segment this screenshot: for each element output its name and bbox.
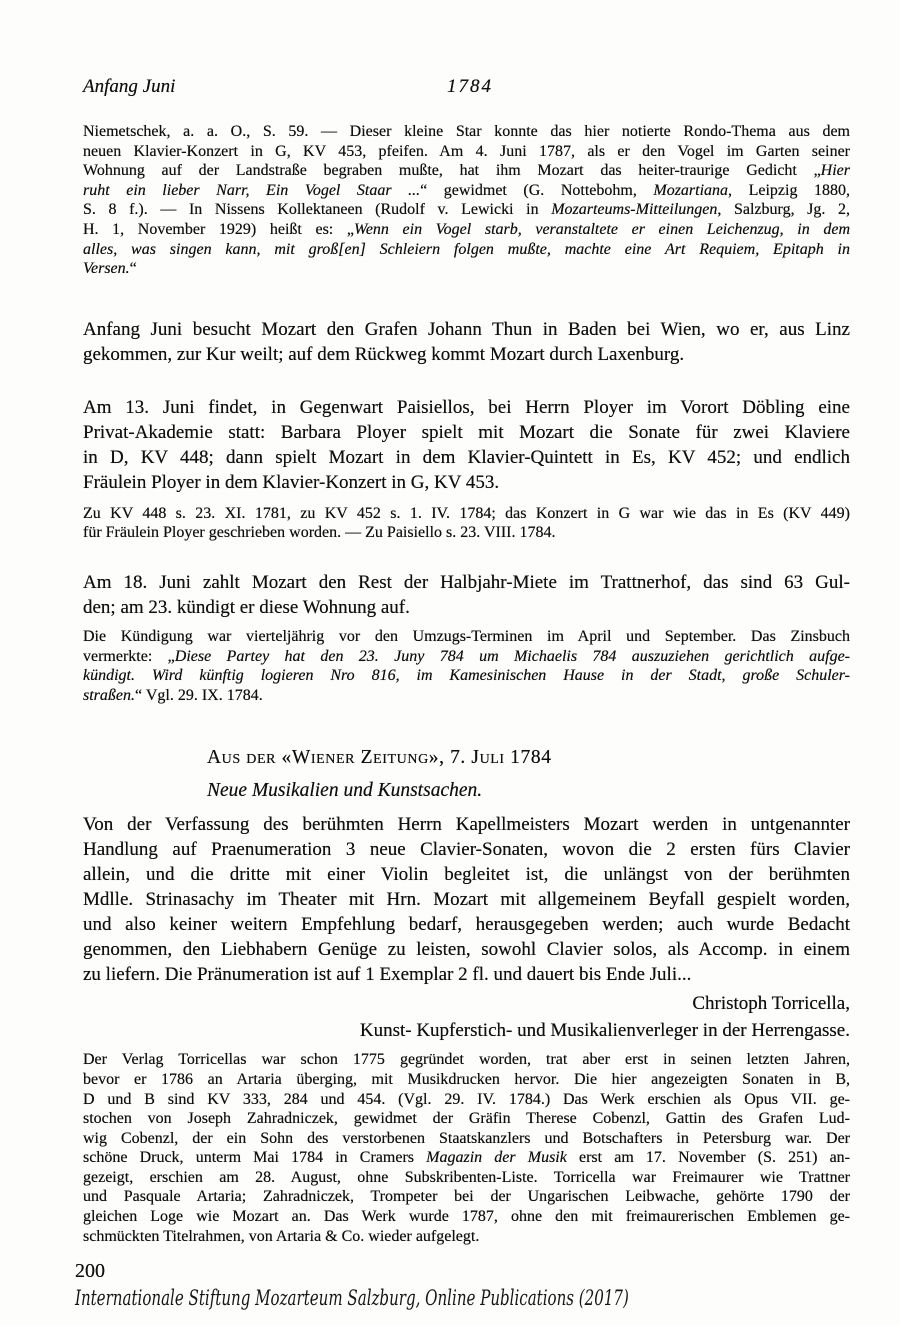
text-line: D und B sind KV 333, 284 und 454. (Vgl. … — [83, 1090, 850, 1110]
text-line: bevor er 1786 an Artaria überging, mit M… — [83, 1070, 850, 1090]
text-line: und also keiner weitern Empfehlung bedar… — [83, 912, 850, 937]
text-run: den; am 23. kündigt er diese Wohnung auf… — [83, 597, 410, 618]
text-line: Der Verlag Torricellas war schon 1775 ge… — [83, 1050, 850, 1070]
text-line: gekommen, zur Kur weilt; auf dem Rückweg… — [83, 342, 850, 367]
text-line: schmückten Titelrahmen, von Artaria & Co… — [83, 1227, 850, 1247]
text-line: Privat-Akademie statt: Barbara Ployer sp… — [83, 420, 850, 445]
text-run: “ — [130, 260, 137, 277]
text-run: , Leipzig 1880, — [728, 182, 850, 199]
text-run: gekommen, zur Kur weilt; auf dem Rückweg… — [83, 344, 684, 365]
document-page: Anfang Juni 1784 Niemetschek, a. a. O., … — [0, 0, 900, 1326]
text-run: schmückten Titelrahmen, von Artaria & Co… — [83, 1228, 479, 1245]
text-run: Privat-Akademie statt: Barbara Ployer sp… — [83, 422, 850, 443]
text-run: vermerkte: „ — [83, 648, 175, 665]
signature-name: Christoph Torricella, — [83, 991, 850, 1016]
running-header-year: 1784 — [447, 76, 493, 98]
text-run: Die Kündigung war vierteljährig vor den … — [83, 628, 850, 645]
text-line: Die Kündigung war vierteljährig vor den … — [83, 627, 850, 647]
entry-anfang-juni: Anfang Juni besucht Mozart den Grafen Jo… — [83, 317, 850, 367]
text-line: schöne Druck, unterm Mai 1784 in Cramers… — [83, 1148, 850, 1168]
text-line: genommen, den Liebhabern Genüge zu leist… — [83, 937, 850, 962]
text-line: allein, und die dritte mit einer Violin … — [83, 862, 850, 887]
text-run: schöne Druck, unterm Mai 1784 in Cramers — [83, 1149, 426, 1166]
text-run: für Fräulein Ployer geschrieben worden. … — [83, 524, 556, 541]
text-line: Wohnung auf der Landstraße begraben mußt… — [83, 161, 850, 181]
text-run: gezeigt, erschien am 28. August, ohne Su… — [83, 1169, 850, 1186]
running-header-title: Anfang Juni — [83, 76, 175, 97]
text-run: zu liefern. Die Pränumeration ist auf 1 … — [83, 964, 691, 985]
italic-text-run: ruht ein lieber Narr, Ein Vogel Staar ..… — [83, 182, 420, 199]
text-line: Zu KV 448 s. 23. XI. 1781, zu KV 452 s. … — [83, 504, 850, 524]
text-line: wig Cobenzl, der ein Sohn des verstorben… — [83, 1129, 850, 1149]
text-run: Der Verlag Torricellas war schon 1775 ge… — [83, 1051, 850, 1068]
note-kuendigung: Die Kündigung war vierteljährig vor den … — [83, 627, 850, 705]
text-line: ruht ein lieber Narr, Ein Vogel Staar ..… — [83, 181, 850, 201]
text-line: Handlung auf Praenumeration 3 neue Clavi… — [83, 837, 850, 862]
text-line: Am 13. Juni findet, in Gegenwart Paisiel… — [83, 395, 850, 420]
italic-text-run: kündigt. Wird künftig logieren Nro 816, … — [83, 667, 850, 684]
text-line: vermerkte: „Diese Partey hat den 23. Jun… — [83, 647, 850, 667]
italic-text-run: Diese Partey hat den 23. Juny 784 um Mic… — [175, 648, 850, 665]
running-header: Anfang Juni 1784 — [83, 76, 850, 100]
italic-text-run: Hier — [821, 162, 850, 179]
text-run: genommen, den Liebhabern Genüge zu leist… — [83, 939, 850, 960]
italic-text-run: alles, was singen kann, mit groß[en] Sch… — [83, 241, 850, 258]
note-torricella: Der Verlag Torricellas war schon 1775 ge… — [83, 1050, 850, 1246]
text-line: Am 18. Juni zahlt Mozart den Rest der Ha… — [83, 570, 850, 595]
text-run: wig Cobenzl, der ein Sohn des verstorben… — [83, 1130, 850, 1147]
text-line: Niemetschek, a. a. O., S. 59. — Dieser k… — [83, 122, 850, 142]
text-line: kündigt. Wird künftig logieren Nro 816, … — [83, 666, 850, 686]
note-niemetschek: Niemetschek, a. a. O., S. 59. — Dieser k… — [83, 122, 850, 279]
text-line: neuen Klavier-Konzert in G, KV 453, pfei… — [83, 142, 850, 162]
entry-18-juni: Am 18. Juni zahlt Mozart den Rest der Ha… — [83, 570, 850, 620]
text-run: in D, KV 448; dann spielt Mozart in dem … — [83, 447, 850, 468]
text-line: gleichen Loge wie Mozart an. Das Werk wu… — [83, 1207, 850, 1227]
text-run: Mdlle. Strinasachy im Theater mit Hrn. M… — [83, 889, 850, 910]
text-run: D und B sind KV 333, 284 und 454. (Vgl. … — [83, 1091, 850, 1108]
text-line: in D, KV 448; dann spielt Mozart in dem … — [83, 445, 850, 470]
text-run: bevor er 1786 an Artaria überging, mit M… — [83, 1071, 850, 1088]
text-line: straßen.“ Vgl. 29. IX. 1784. — [83, 686, 850, 706]
text-run: “ Vgl. 29. IX. 1784. — [135, 687, 263, 704]
entry-13-juni: Am 13. Juni findet, in Gegenwart Paisiel… — [83, 395, 850, 495]
entry-wiener-zeitung-text: Von der Verfassung des berühmten Herrn K… — [83, 812, 850, 987]
text-run: neuen Klavier-Konzert in G, KV 453, pfei… — [83, 143, 850, 160]
text-line: gezeigt, erschien am 28. August, ohne Su… — [83, 1168, 850, 1188]
text-line: S. 8 f.). — In Nissens Kollektaneen (Rud… — [83, 200, 850, 220]
text-run: erst am 17. November (S. 251) an- — [567, 1149, 850, 1166]
italic-text-run: straßen. — [83, 687, 135, 704]
section-heading: Aus der «Wiener Zeitung», 7. Juli 1784 — [83, 746, 900, 770]
text-line: H. 1, November 1929) heißt es: „Wenn ein… — [83, 220, 850, 240]
text-line: Mdlle. Strinasachy im Theater mit Hrn. M… — [83, 887, 850, 912]
text-run: Zu KV 448 s. 23. XI. 1781, zu KV 452 s. … — [83, 505, 850, 522]
italic-text-run: Magazin der Musik — [426, 1149, 567, 1166]
italic-text-run: Mozartiana — [653, 182, 728, 199]
text-run: Fräulein Ployer in dem Klavier-Konzert i… — [83, 472, 499, 493]
text-line: für Fräulein Ployer geschrieben worden. … — [83, 523, 850, 543]
italic-text-run: Wenn ein Vogel starb, veranstaltete er e… — [354, 221, 850, 238]
publication-credit: Internationale Stiftung Mozarteum Salzbu… — [75, 1286, 618, 1311]
text-line: alles, was singen kann, mit groß[en] Sch… — [83, 240, 850, 260]
text-run: Handlung auf Praenumeration 3 neue Clavi… — [83, 839, 850, 860]
text-run: “ gewidmet (G. Nottebohm, — [420, 182, 653, 199]
text-line: stochen von Joseph Zahradniczek, gewidme… — [83, 1109, 850, 1129]
italic-text-run: Mozarteums-Mitteilungen — [551, 201, 717, 218]
text-run: S. 8 f.). — In Nissens Kollektaneen (Rud… — [83, 201, 551, 218]
text-line: Von der Verfassung des berühmten Herrn K… — [83, 812, 850, 837]
page-number: 200 — [75, 1260, 850, 1283]
text-run: stochen von Joseph Zahradniczek, gewidme… — [83, 1110, 850, 1127]
text-run: allein, und die dritte mit einer Violin … — [83, 864, 850, 885]
text-run: Niemetschek, a. a. O., S. 59. — Dieser k… — [83, 123, 850, 140]
text-line: Versen.“ — [83, 259, 850, 279]
page-body: Niemetschek, a. a. O., S. 59. — Dieser k… — [83, 122, 850, 1246]
note-kv448: Zu KV 448 s. 23. XI. 1781, zu KV 452 s. … — [83, 504, 850, 543]
text-run: Anfang Juni besucht Mozart den Grafen Jo… — [83, 319, 850, 340]
text-run: Von der Verfassung des berühmten Herrn K… — [83, 814, 850, 835]
text-run: Am 18. Juni zahlt Mozart den Rest der Ha… — [83, 572, 850, 593]
text-line: und Pasquale Artaria; Zahradniczek, Trom… — [83, 1187, 850, 1207]
text-run: , Salzburg, Jg. 2, — [717, 201, 850, 218]
signature-title: Kunst- Kupferstich- und Musikalienverleg… — [83, 1018, 850, 1043]
text-run: und also keiner weitern Empfehlung bedar… — [83, 914, 850, 935]
text-line: zu liefern. Die Pränumeration ist auf 1 … — [83, 962, 850, 987]
text-line: Anfang Juni besucht Mozart den Grafen Jo… — [83, 317, 850, 342]
text-run: Am 13. Juni findet, in Gegenwart Paisiel… — [83, 397, 850, 418]
section-subheading: Neue Musikalien und Kunstsachen. — [83, 779, 900, 803]
text-run: gleichen Loge wie Mozart an. Das Werk wu… — [83, 1208, 850, 1225]
text-run: und Pasquale Artaria; Zahradniczek, Trom… — [83, 1188, 850, 1205]
text-run: Wohnung auf der Landstraße begraben mußt… — [83, 162, 821, 179]
text-run: H. 1, November 1929) heißt es: „ — [83, 221, 354, 238]
text-line: Fräulein Ployer in dem Klavier-Konzert i… — [83, 470, 850, 495]
italic-text-run: Versen. — [83, 260, 130, 277]
text-line: den; am 23. kündigt er diese Wohnung auf… — [83, 595, 850, 620]
